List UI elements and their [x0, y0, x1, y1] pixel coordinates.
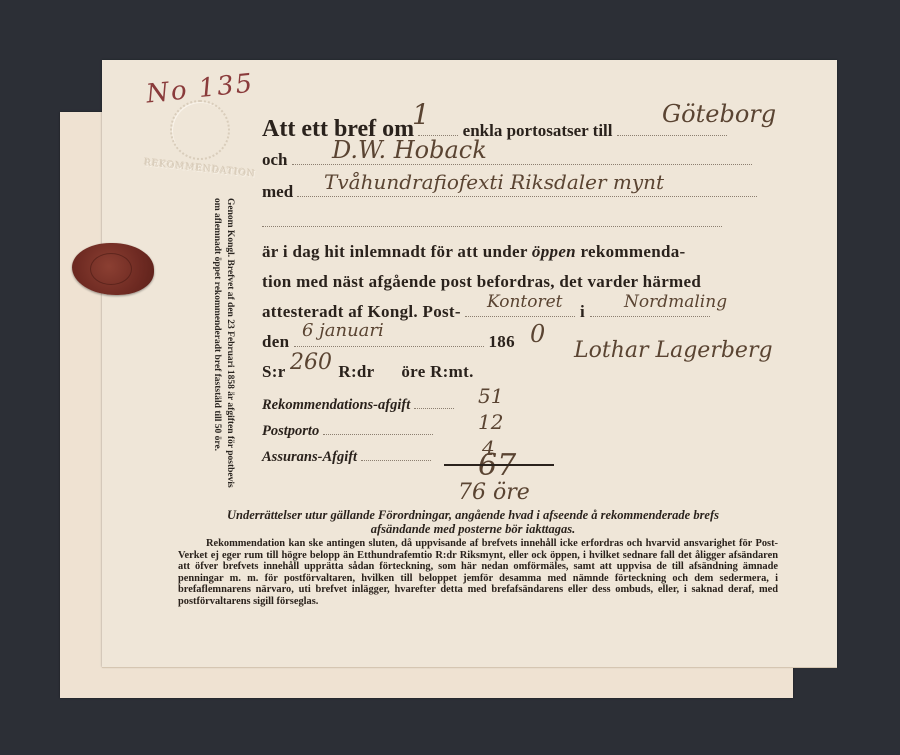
currency-prefix: S:r [262, 362, 285, 381]
hand-year: 0 [530, 320, 545, 348]
line3-label: med [262, 182, 293, 201]
line4-text: är i dag hit inlemnadt för att under [262, 242, 527, 261]
fee-row-1: Rekommendations-afgift [262, 394, 454, 414]
hand-date: 6 januari [302, 320, 384, 341]
notice-body: Rekommendation kan ske antingen sluten, … [178, 538, 778, 607]
line6-prefix: attesteradt af Kongl. Post- [262, 302, 461, 321]
fee-label: Rekommendations-afgift [262, 397, 410, 413]
notice-paragraph: Rekommendation kan ske antingen sluten, … [178, 538, 778, 607]
emboss-text: REKOMMENDATION [135, 157, 265, 181]
notice-title: Underrättelser utur gällande Förordninga… [178, 508, 768, 536]
side-note-vertical: Genom Kongl. Brefvet af den 23 Februari … [210, 198, 236, 498]
line7-prefix: den [262, 332, 289, 351]
currency-rdr: R:dr [338, 362, 374, 381]
fee-dots [323, 420, 433, 435]
fee-label: Assurans-Afgift [262, 449, 357, 465]
year-printed: 186 [488, 332, 514, 351]
hand-contents: Tvåhundrafiofexti Riksdaler mynt [324, 170, 664, 194]
hand-addressee: D.W. Hoback [332, 136, 487, 164]
fee-label: Postporto [262, 423, 319, 439]
embossed-crest-stamp: REKOMMENDATION [135, 100, 265, 190]
currency-rmt: R:mt. [430, 362, 474, 381]
form-line-blank [262, 212, 722, 232]
fee-value: 12 [478, 410, 503, 434]
line4-end: rekommenda- [580, 242, 685, 261]
blank-extra [262, 212, 722, 227]
hand-office: Kontoret [487, 292, 563, 312]
form-line-4: är i dag hit inlemnadt för att under öpp… [262, 242, 685, 262]
notice-title-line1: Underrättelser utur gällande Förordninga… [178, 508, 768, 522]
hand-count: 1 [412, 98, 430, 131]
crest-icon [170, 100, 230, 160]
total-underline [444, 464, 554, 466]
line6-mid: i [580, 302, 585, 321]
paper-fold-crease [102, 667, 837, 668]
fee-dots [361, 446, 431, 461]
hand-signature: Lothar Lagerberg [574, 338, 773, 363]
line2-label: och [262, 150, 288, 169]
hand-destination: Göteborg [662, 100, 776, 128]
currency-ore: öre [401, 362, 425, 381]
hand-amount: 260 [290, 350, 332, 375]
fee-dots [414, 394, 454, 409]
notice-title-line2: afsändande med posterne bör iakttagas. [178, 522, 768, 536]
fee-row-2: Postporto [262, 420, 433, 440]
line4-italic-open: öppen [532, 242, 576, 261]
fee-row-3: Assurans-Afgift [262, 446, 431, 466]
fee-value: 51 [478, 384, 503, 408]
fee-total-note: 76 öre [458, 480, 530, 505]
form-line-5: tion med näst afgående post befordras, d… [262, 272, 701, 292]
hand-place: Nordmaling [624, 292, 727, 312]
form-line-7: den 186 [262, 332, 515, 352]
